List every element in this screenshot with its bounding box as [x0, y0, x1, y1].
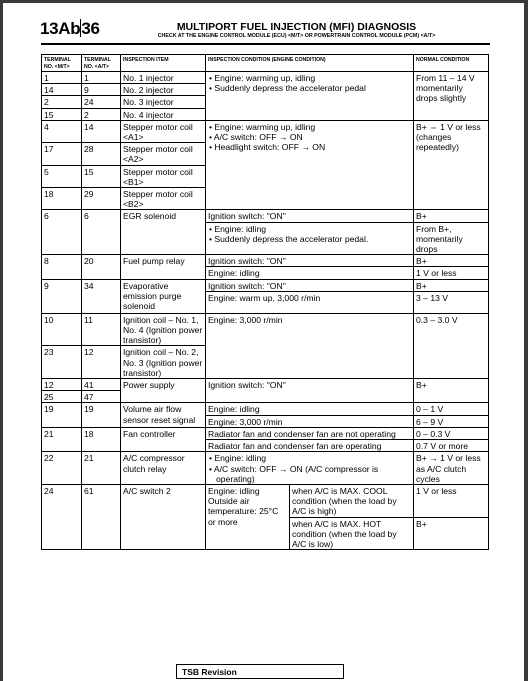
terminal-at: 14 — [82, 120, 121, 142]
inspection-condition: • Engine: warming up, idling • A/C switc… — [206, 120, 414, 210]
inspection-item: No. 4 injector — [121, 108, 206, 120]
condition-text: Suddenly depress the accelerator pedal. — [214, 234, 368, 244]
inspection-item: A/C switch 2 — [121, 484, 206, 549]
inspection-item: Stepper motor coil <A1> — [121, 120, 206, 142]
inspection-condition: Radiator fan and condenser fan are not o… — [206, 427, 414, 439]
terminal-at: 6 — [82, 210, 121, 255]
terminal-mt: 17 — [42, 143, 82, 165]
terminal-at: 47 — [82, 391, 121, 403]
terminal-mt: 12 — [42, 379, 82, 391]
table-row: 1 1 No. 1 injector • Engine: warming up,… — [42, 72, 489, 84]
condition-bullet: • Engine: warming up, idling — [208, 73, 411, 83]
terminal-mt: 1 — [42, 72, 82, 84]
terminal-mt: 15 — [42, 108, 82, 120]
inspection-item: No. 3 injector — [121, 96, 206, 108]
terminal-mt: 9 — [42, 279, 82, 313]
table-row: 9 34 Evaporative emission purge solenoid… — [42, 279, 489, 291]
normal-condition: 0.7 V or more — [414, 440, 489, 452]
inspection-item: Fan controller — [121, 427, 206, 451]
normal-condition: 6 – 9 V — [414, 415, 489, 427]
terminal-mt: 5 — [42, 165, 82, 187]
page-number: 13Ab36 — [40, 19, 100, 39]
condition-text: Engine: idling — [214, 224, 266, 234]
table-row: 8 20 Fuel pump relay Ignition switch: "O… — [42, 255, 489, 267]
table-row: 21 18 Fan controller Radiator fan and co… — [42, 427, 489, 439]
inspection-condition: Engine: idling — [206, 403, 414, 415]
normal-condition: 1 V or less — [414, 484, 489, 517]
terminal-at: 28 — [82, 143, 121, 165]
normal-condition: B+ — [414, 279, 489, 291]
terminal-at: 12 — [82, 346, 121, 379]
condition-bullet: • Engine: idling — [208, 453, 411, 463]
terminal-mt: 22 — [42, 452, 82, 485]
normal-condition: B+ — [414, 255, 489, 267]
document-page: 13Ab36 MULTIPORT FUEL INJECTION (MFI) DI… — [3, 3, 524, 681]
terminal-mt: 6 — [42, 210, 82, 255]
table-header-row: TERMINAL NO. <M/T> TERMINAL NO. <A/T> IN… — [42, 55, 489, 72]
terminal-mt: 14 — [42, 84, 82, 96]
table-row: 19 19 Volume air flow sensor reset signa… — [42, 403, 489, 415]
condition-text: Engine: warming up, idling — [214, 73, 315, 83]
col-header-normal-condition: NORMAL CONDITION — [414, 55, 489, 72]
inspection-item: Evaporative emission purge solenoid — [121, 279, 206, 313]
condition-text: A/C switch: OFF → ON — [214, 132, 303, 142]
inspection-item: Stepper motor coil <B2> — [121, 188, 206, 210]
condition-bullet: • Headlight switch: OFF → ON — [208, 142, 411, 152]
inspection-item: Volume air flow sensor reset signal — [121, 403, 206, 427]
condition-text: Engine: warming up, idling — [214, 122, 315, 132]
terminal-at: 34 — [82, 279, 121, 313]
condition-text: Engine: idling — [214, 453, 266, 463]
terminal-at: 2 — [82, 108, 121, 120]
condition-text: Suddenly depress the accelerator pedal — [214, 83, 365, 93]
inspection-condition: Engine: warm up, 3,000 r/min — [206, 291, 414, 313]
inspection-condition: Engine: idling — [206, 267, 414, 279]
page-title: MULTIPORT FUEL INJECTION (MFI) DIAGNOSIS — [103, 21, 490, 33]
table-row: 22 21 A/C compressor clutch relay • Engi… — [42, 452, 489, 485]
terminal-at: 9 — [82, 84, 121, 96]
normal-condition: 0 – 1 V — [414, 403, 489, 415]
inspection-condition: Ignition switch: "ON" — [206, 279, 414, 291]
header-rule — [41, 43, 490, 45]
terminal-mt: 4 — [42, 120, 82, 142]
normal-condition: B+ ⇔ 1 V or less (changes repeatedly) — [414, 120, 489, 210]
normal-condition: B+ — [414, 210, 489, 222]
condition-bullet: • Suddenly depress the accelerator pedal — [208, 83, 411, 93]
normal-condition: B+ — [414, 379, 489, 403]
inspection-item: Ignition coil – No. 1, No. 4 (Ignition p… — [121, 313, 206, 346]
terminal-mt: 10 — [42, 313, 82, 346]
inspection-item: EGR solenoid — [121, 210, 206, 255]
normal-condition: 1 V or less — [414, 267, 489, 279]
normal-condition: B+ → 1 V or less as A/C clutch cycles — [414, 452, 489, 485]
inspection-item: No. 1 injector — [121, 72, 206, 84]
terminal-at: 19 — [82, 403, 121, 427]
page-index: 36 — [81, 19, 99, 38]
condition-bullet: • Suddenly depress the accelerator pedal… — [208, 234, 411, 244]
inspection-condition: Radiator fan and condenser fan are opera… — [206, 440, 414, 452]
section-code: 13Ab — [40, 19, 80, 38]
col-header-terminal-mt: TERMINAL NO. <M/T> — [42, 55, 82, 72]
inspection-condition: Engine: 3,000 r/min — [206, 313, 414, 378]
inspection-condition: Ignition switch: "ON" — [206, 255, 414, 267]
inspection-item: Fuel pump relay — [121, 255, 206, 279]
terminal-at: 11 — [82, 313, 121, 346]
terminal-mt: 21 — [42, 427, 82, 451]
terminal-at: 24 — [82, 96, 121, 108]
terminal-mt: 19 — [42, 403, 82, 427]
terminal-at: 15 — [82, 165, 121, 187]
col-header-terminal-at: TERMINAL NO. <A/T> — [82, 55, 121, 72]
table-row: 6 6 EGR solenoid Ignition switch: "ON" B… — [42, 210, 489, 222]
inspection-condition: Engine: 3,000 r/min — [206, 415, 414, 427]
inspection-condition: • Engine: idling • Suddenly depress the … — [206, 222, 414, 255]
terminal-at: 21 — [82, 452, 121, 485]
terminal-mt: 25 — [42, 391, 82, 403]
condition-bullet: • Engine: idling — [208, 224, 411, 234]
inspection-subcondition: when A/C is MAX. HOT condition (when the… — [290, 517, 414, 550]
col-header-inspection-condition: INSPECTION CONDITION (ENGINE CONDITION) — [206, 55, 414, 72]
diagnosis-table: TERMINAL NO. <M/T> TERMINAL NO. <A/T> IN… — [41, 54, 489, 550]
normal-condition: From B+, momentarily drops — [414, 222, 489, 255]
inspection-item: Power supply — [121, 379, 206, 403]
normal-condition: B+ — [414, 517, 489, 550]
condition-bullet: • Engine: warming up, idling — [208, 122, 411, 132]
condition-bullet: • A/C switch: OFF → ON — [208, 132, 411, 142]
normal-condition: 3 – 13 V — [414, 291, 489, 313]
inspection-condition: Ignition switch: "ON" — [206, 379, 414, 403]
inspection-item: A/C compressor clutch relay — [121, 452, 206, 485]
inspection-condition: Ignition switch: "ON" — [206, 210, 414, 222]
normal-condition: 0 – 0.3 V — [414, 427, 489, 439]
terminal-at: 20 — [82, 255, 121, 279]
condition-text: A/C switch: OFF → ON (A/C compressor is … — [214, 464, 378, 484]
table-row: 12 41 Power supply Ignition switch: "ON"… — [42, 379, 489, 391]
page-subtitle: CHECK AT THE ENGINE CONTROL MODULE (ECU)… — [103, 33, 490, 39]
terminal-at: 41 — [82, 379, 121, 391]
inspection-condition: • Engine: warming up, idling • Suddenly … — [206, 72, 414, 121]
table-row: 4 14 Stepper motor coil <A1> • Engine: w… — [42, 120, 489, 142]
terminal-at: 1 — [82, 72, 121, 84]
col-header-inspection-item: INSPECTION ITEM — [121, 55, 206, 72]
terminal-mt: 18 — [42, 188, 82, 210]
tsb-revision-box: TSB Revision — [176, 664, 344, 679]
terminal-mt: 23 — [42, 346, 82, 379]
terminal-mt: 24 — [42, 484, 82, 549]
table-row: 10 11 Ignition coil – No. 1, No. 4 (Igni… — [42, 313, 489, 346]
normal-condition: 0.3 – 3.0 V — [414, 313, 489, 378]
inspection-item: Stepper motor coil <B1> — [121, 165, 206, 187]
terminal-at: 18 — [82, 427, 121, 451]
condition-bullet: • A/C switch: OFF → ON (A/C compressor i… — [208, 464, 411, 484]
inspection-condition: • Engine: idling • A/C switch: OFF → ON … — [206, 452, 414, 485]
inspection-item: Ignition coil – No. 2, No. 3 (Ignition p… — [121, 346, 206, 379]
inspection-item: Stepper motor coil <A2> — [121, 143, 206, 165]
inspection-subcondition: when A/C is MAX. COOL condition (when th… — [290, 484, 414, 517]
inspection-item: No. 2 injector — [121, 84, 206, 96]
normal-condition: From 11 – 14 V momentarily drops slightl… — [414, 72, 489, 121]
condition-text: Headlight switch: OFF → ON — [214, 142, 325, 152]
table-row: 24 61 A/C switch 2 Engine: idling Outsid… — [42, 484, 489, 517]
terminal-at: 61 — [82, 484, 121, 549]
inspection-condition: Engine: idling Outside air temperature: … — [206, 484, 290, 549]
terminal-mt: 8 — [42, 255, 82, 279]
terminal-mt: 2 — [42, 96, 82, 108]
terminal-at: 29 — [82, 188, 121, 210]
